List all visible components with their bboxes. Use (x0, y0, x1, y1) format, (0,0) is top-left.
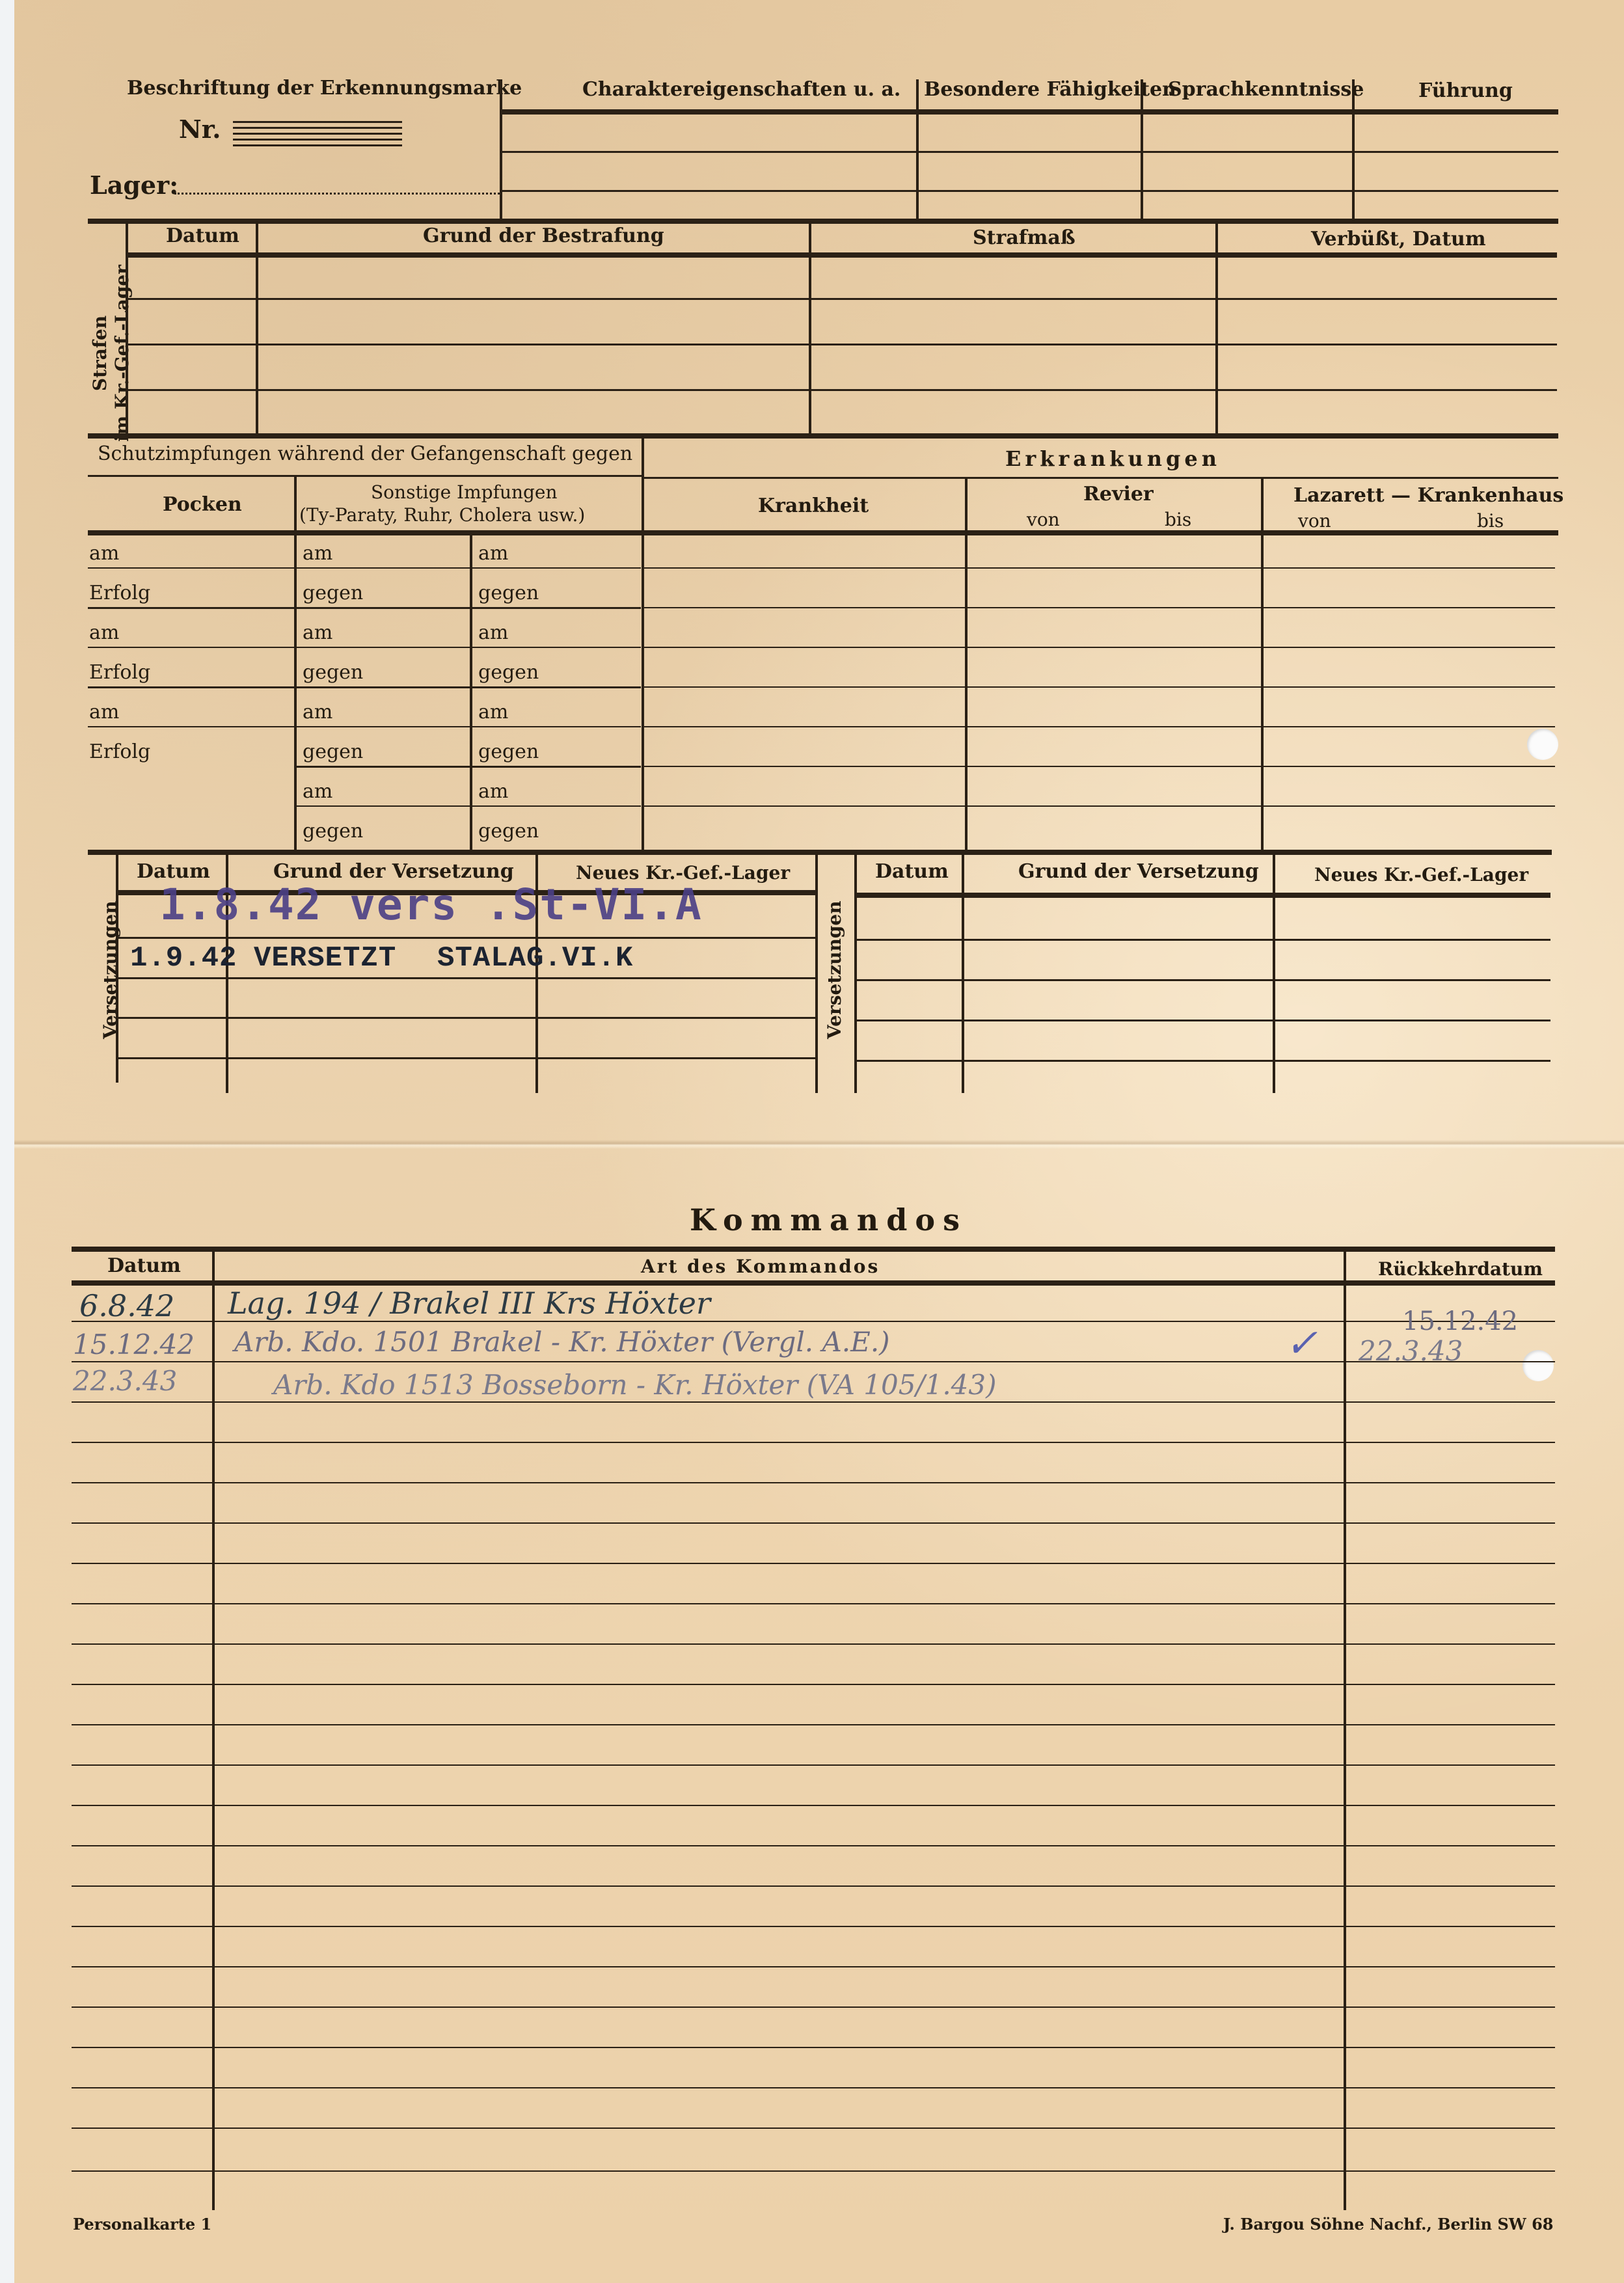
kommando-art: Lag. 194 / Brakel III Krs Höxter (228, 1286, 710, 1321)
kommando-art: Arb. Kdo 1513 Bosseborn - Kr. Höxter (VA… (273, 1369, 997, 1401)
kommandos-header-datum: Datum (107, 1254, 181, 1277)
rule (856, 1060, 1550, 1062)
revier-bis-label: bis (1165, 509, 1191, 530)
rule (88, 433, 1558, 439)
header-charaktereigenschaften: Charaktereigenschaften u. a. (582, 78, 900, 101)
sonstige-row-label: am (478, 621, 508, 644)
sonstige-row-label: am (478, 542, 508, 565)
sonstige-header: Sonstige Impfungen (371, 481, 558, 503)
fold-crease (14, 1140, 1624, 1149)
sonstige-row-label: gegen (303, 661, 363, 684)
rule (501, 151, 1558, 153)
nr-field[interactable] (233, 121, 402, 150)
rule (117, 1057, 817, 1059)
rule (117, 977, 817, 979)
rule (88, 567, 641, 569)
sonstige-row-label: gegen (478, 740, 539, 763)
divider (470, 534, 472, 852)
rule (644, 477, 1558, 479)
divider (1344, 1250, 1346, 2210)
sonstige-row-label: gegen (478, 661, 539, 684)
header-fuehrung: Führung (1418, 79, 1513, 102)
check-mark-icon: ✓ (1285, 1321, 1318, 1366)
rule (88, 530, 1558, 535)
rule (88, 850, 1552, 855)
pocken-row-label: Erfolg (89, 661, 150, 684)
divider (642, 436, 644, 854)
pocken-row-label: am (89, 701, 119, 723)
pocken-row-label: Erfolg (89, 582, 150, 604)
versetzung-header-datum-2: Datum (875, 860, 949, 883)
pocken-header: Pocken (163, 493, 242, 516)
kommandos-title: Kommandos (690, 1202, 968, 1237)
krankheit-header: Krankheit (758, 494, 869, 517)
kommando-datum: 15.12.42 (73, 1329, 195, 1360)
rule (856, 979, 1550, 981)
sonstige-row-label: am (303, 780, 332, 803)
rule (126, 389, 1557, 391)
rule (72, 1247, 1555, 1252)
versetzungen-side-label: Versetzungen (824, 909, 846, 1039)
kommandos-header-rueckkehr: Rückkehrdatum (1378, 1258, 1543, 1280)
lazarett-bis-label: bis (1477, 510, 1504, 532)
rule (88, 219, 1558, 224)
rule (88, 726, 641, 727)
rule (126, 252, 1557, 258)
pocken-row-label: Erfolg (89, 740, 150, 763)
rule (126, 298, 1557, 300)
transfer-reason-typed: VERSETZT (254, 942, 396, 975)
rule (856, 893, 1550, 898)
lazarett-header: Lazarett — Krankenhaus (1293, 484, 1563, 507)
kommando-datum: 6.8.42 (79, 1288, 174, 1323)
rule (88, 607, 641, 609)
rule (644, 726, 1555, 727)
rule (296, 766, 641, 768)
strafen-header-datum: Datum (166, 224, 239, 247)
strafen-header-strafmass: Strafmaß (973, 226, 1076, 249)
rule (644, 607, 1555, 608)
pocken-row-label: am (89, 542, 119, 565)
rule (117, 1017, 817, 1019)
rule (296, 805, 641, 807)
rule (72, 1280, 1555, 1286)
nr-label: Nr. (179, 115, 221, 144)
header-besondere-faehigkeiten: Besondere Fähigkeiten (924, 78, 1176, 101)
rule (88, 647, 641, 648)
lager-label: Lager: (90, 170, 178, 200)
kommando-datum: 22.3.43 (73, 1365, 177, 1397)
versetzung-header-grund-2: Grund der Versetzung (1018, 860, 1259, 883)
sonstige-row-label: gegen (303, 740, 363, 763)
erkennungsmarke-title: Beschriftung der Erkennungsmarke (127, 77, 522, 100)
rule (501, 109, 1558, 115)
rule (501, 190, 1558, 192)
kommando-rueckkehr: 22.3.43 (1359, 1335, 1463, 1367)
punch-hole (1522, 1350, 1554, 1381)
divider (962, 854, 964, 1093)
strafen-header-grund: Grund der Bestrafung (423, 224, 664, 247)
kommando-art: Arb. Kdo. 1501 Brakel - Kr. Höxter (Verg… (234, 1326, 890, 1358)
sonstige-row-label: am (478, 780, 508, 803)
lazarett-von-label: von (1298, 510, 1331, 532)
rule (88, 475, 644, 477)
rule (644, 567, 1555, 569)
rule (644, 805, 1555, 807)
form-number: Personalkarte 1 (73, 2215, 211, 2234)
sonstige-row-label: am (478, 701, 508, 723)
rule (117, 937, 817, 939)
sonstige-row-label: am (303, 621, 332, 644)
rule (126, 344, 1557, 345)
rule (644, 647, 1555, 648)
sonstige-subheader: (Ty-Paraty, Ruhr, Cholera usw.) (299, 504, 585, 526)
kommando-rueckkehr: 15.12.42 (1402, 1306, 1518, 1336)
kommandos-header-art: Art des Kommandos (641, 1256, 880, 1277)
lager-field[interactable] (174, 193, 500, 195)
divider (212, 1250, 215, 2210)
divider (965, 478, 968, 852)
sonstige-row-label: gegen (303, 582, 363, 604)
versetzungen-side-label: Versetzungen (100, 909, 122, 1039)
sonstige-row-label: gegen (303, 820, 363, 843)
pocken-row-label: am (89, 621, 119, 644)
transfer-stamp-purple: 1.8.42 vers .St-VI.A (159, 880, 703, 930)
transfer-date-typed: 1.9.42 (130, 942, 237, 975)
transfer-camp-typed: STALAG.VI.K (437, 942, 633, 975)
sonstige-row-label: gegen (478, 820, 539, 843)
divider (1273, 854, 1275, 1093)
schutzimpfungen-title: Schutzimpfungen während der Gefangenscha… (98, 442, 632, 465)
rule (856, 1020, 1550, 1021)
printer-imprint: J. Bargou Söhne Nachf., Berlin SW 68 (1223, 2215, 1554, 2234)
rule (644, 686, 1555, 688)
sonstige-row-label: gegen (478, 582, 539, 604)
sonstige-row-label: am (303, 701, 332, 723)
rule (644, 766, 1555, 767)
strafen-header-verbuesst: Verbüßt, Datum (1311, 228, 1486, 250)
rule (856, 939, 1550, 941)
sonstige-row-label: am (303, 542, 332, 565)
revier-von-label: von (1027, 509, 1060, 530)
header-sprachkenntnisse: Sprachkenntnisse (1168, 78, 1364, 101)
revier-header: Revier (1083, 483, 1154, 506)
divider (1261, 478, 1264, 852)
punch-hole (1527, 729, 1558, 760)
rule (88, 686, 641, 688)
erkrankungen-title: Erkrankungen (1005, 446, 1221, 471)
versetzung-header-lager-2: Neues Kr.-Gef.-Lager (1314, 864, 1528, 885)
divider (854, 854, 857, 1093)
